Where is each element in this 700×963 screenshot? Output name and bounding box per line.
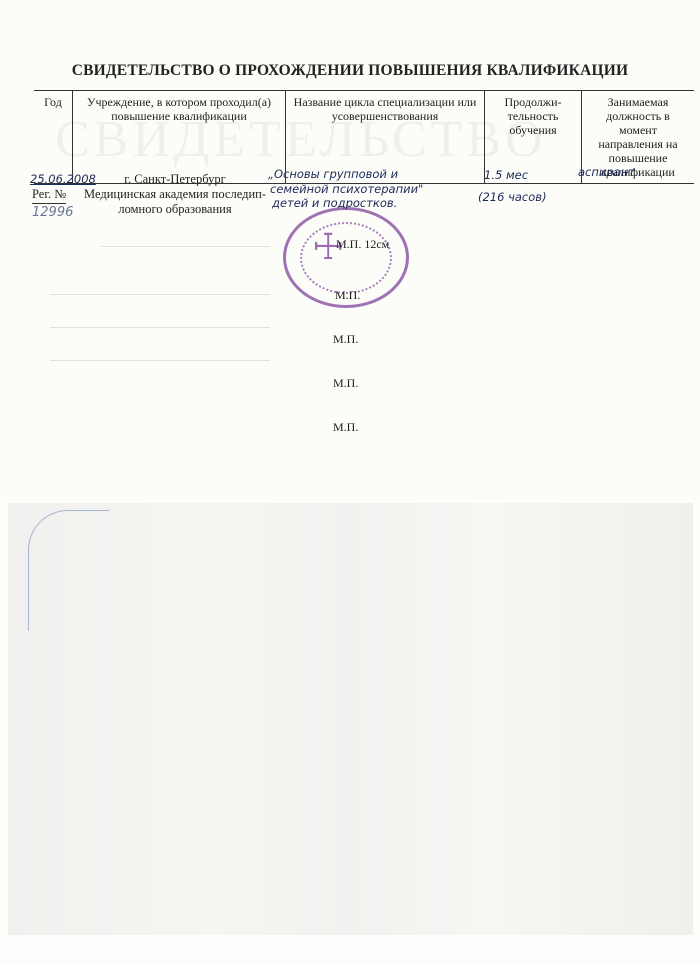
institution-line1: г. Санкт-Петербург <box>80 172 270 187</box>
document-title: СВИДЕТЕЛЬСТВО О ПРОХОЖДЕНИИ ПОВЫШЕНИЯ КВ… <box>0 62 700 80</box>
course-line2: семейной психотерапии" <box>270 182 423 197</box>
course-line3: детей и подростков. <box>272 196 397 211</box>
reg-number: 12996 <box>32 205 73 220</box>
seal-place-3: М.П. <box>333 376 358 391</box>
faint-line <box>50 327 270 328</box>
header-year: Год <box>34 91 73 184</box>
stamp-overlay-text: М.П. 12см <box>336 237 389 252</box>
pen-mark <box>28 510 109 631</box>
seal-place-2: М.П. <box>333 332 358 347</box>
reg-label: Рег. № <box>32 187 66 204</box>
faint-line <box>50 360 270 361</box>
position-value: аспирант. <box>578 165 639 180</box>
header-institution: Учреждение, в котором проходил(а) повыше… <box>73 91 286 184</box>
seal-place-1: М.П. <box>335 288 360 303</box>
faint-line <box>100 246 270 247</box>
course-line1: „Основы групповой и <box>268 167 398 182</box>
faint-line <box>50 294 270 295</box>
institution-line3: ломного образования <box>80 202 270 217</box>
duration-line1: 1.5 мес <box>484 168 528 183</box>
bottom-margin <box>0 935 700 963</box>
institution-line2: Медицинская академия последип- <box>80 187 270 202</box>
duration-line2: (216 часов) <box>478 190 547 205</box>
seal-place-4: М.П. <box>333 420 358 435</box>
scanner-bed-area <box>8 503 693 935</box>
